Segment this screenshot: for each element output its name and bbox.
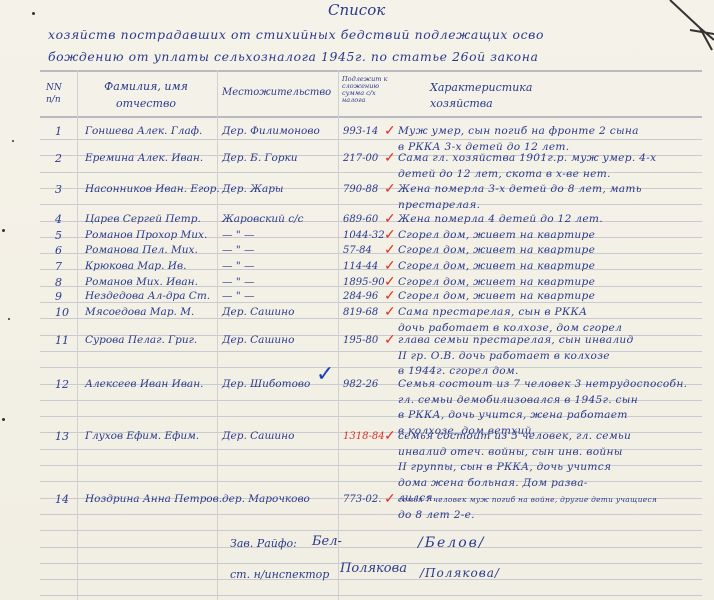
row-number: 7 xyxy=(55,260,62,273)
row-description-line: дома жена больная. Дом развa- xyxy=(398,477,588,490)
signature-head: Бел- xyxy=(312,535,342,548)
check-mark-icon: ✓ xyxy=(384,333,396,347)
check-mark-icon: ✓ xyxy=(384,289,396,303)
row-description-line: Сгорел дом, живет на квартире xyxy=(398,229,595,242)
signature-role-inspector: ст. н/инспектор xyxy=(230,568,329,581)
row-tax-sum: 982-26 xyxy=(343,378,378,391)
row-name: Еремина Алек. Иван. xyxy=(85,152,203,165)
row-number: 13 xyxy=(55,430,69,443)
row-number: 8 xyxy=(55,276,62,289)
column-divider xyxy=(217,70,218,600)
row-residence: — " — xyxy=(222,229,255,242)
ruled-line xyxy=(40,139,702,140)
ruled-line xyxy=(40,481,702,482)
row-name: Крюкова Мар. Ив. xyxy=(85,260,186,273)
row-residence: Дер. Б. Горки xyxy=(222,152,298,165)
row-description-line: семья состоит из 5 человек, гл. семьи xyxy=(398,430,631,443)
check-mark-icon: ✓ xyxy=(384,151,396,165)
document-title: Список xyxy=(328,4,385,17)
document-subtitle-line2: бождению от уплаты сельхозналога 1945г. … xyxy=(48,50,538,63)
check-mark-icon: ✓ xyxy=(384,305,396,319)
row-tax-sum: 1044-32 xyxy=(343,229,385,242)
row-residence: — " — xyxy=(222,244,255,257)
row-tax-sum: 284-96 xyxy=(343,290,378,303)
row-name: Ноздрина Анна Петров. xyxy=(85,493,222,506)
check-mark-icon: ✓ xyxy=(384,124,396,138)
row-tax-sum: 790-88 xyxy=(343,183,378,196)
row-description-line: Муж умер, сын погиб на фронте 2 сына xyxy=(398,125,639,138)
header-description: Характеристика хозяйства xyxy=(430,80,550,112)
column-divider xyxy=(338,70,339,600)
row-number: 3 xyxy=(55,183,62,196)
document-subtitle-line1: хозяйств пострадавших от стихийных бедст… xyxy=(48,28,544,41)
row-tax-sum: 689-60 xyxy=(343,213,378,226)
row-residence: Жаровский с/с xyxy=(222,213,304,226)
row-number: 10 xyxy=(55,306,69,319)
check-mark-icon: ✓ xyxy=(384,259,396,273)
ruled-line xyxy=(40,514,702,515)
row-residence: Дер. Сашино xyxy=(222,334,294,347)
row-description-line: Сама престарелая, сын в РККА xyxy=(398,306,587,319)
row-name: Алексеев Иван Иван. xyxy=(85,378,203,391)
check-mark-icon: ✓ xyxy=(384,228,396,242)
row-number: 2 xyxy=(55,152,62,165)
header-residence: Местожительство xyxy=(222,86,331,99)
margin-dot xyxy=(32,12,35,15)
row-name: Нездедова Ал-дра Ст. xyxy=(85,290,210,303)
header-num: NN п/п xyxy=(46,82,72,106)
row-name: Гоншева Алек. Глаф. xyxy=(85,125,202,138)
margin-dot xyxy=(2,229,5,232)
ruled-line xyxy=(40,530,702,531)
row-description-line: Сгорел дом, живет на квартире xyxy=(398,290,595,303)
row-number: 12 xyxy=(55,378,69,391)
signature-role-head: Зав. Райфо: xyxy=(230,537,297,550)
row-name: Романов Прохор Мих. xyxy=(85,229,207,242)
row-name: Насонников Иван. Егор. xyxy=(85,183,220,196)
ruled-line xyxy=(40,367,702,368)
header-name: Фамилия, имя отчество xyxy=(86,78,206,112)
signature-inspector: Полякова xyxy=(340,562,407,575)
row-residence: Дер. Сашино xyxy=(222,430,294,443)
row-number: 9 xyxy=(55,290,62,303)
row-description-line: в 1944г. сгорел дом. xyxy=(398,365,519,378)
ruled-line xyxy=(40,579,702,580)
row-residence: — " — xyxy=(222,260,255,273)
row-tax-sum: 57-84 xyxy=(343,244,372,257)
row-description-line: Жена померла 4 детей до 12 лет. xyxy=(398,213,603,226)
row-name: Романова Пел. Мих. xyxy=(85,244,198,257)
row-tax-sum: 114-44 xyxy=(343,260,378,273)
check-mark-icon: ✓ xyxy=(384,492,396,506)
row-description-line: инвалид отеч. войны, сын инв. войны xyxy=(398,446,623,459)
row-description-line: II гр. О.В. дочь работает в колхозе xyxy=(398,350,610,363)
ruled-line xyxy=(40,547,702,548)
row-number: 14 xyxy=(55,493,69,506)
margin-dot xyxy=(12,140,14,142)
row-tax-sum: 993-14 xyxy=(343,125,378,138)
row-tax-sum: 819-68 xyxy=(343,306,378,319)
row-residence: — " — xyxy=(222,276,255,289)
row-description-line: глава семьи престарелая, сын инвалид xyxy=(398,334,634,347)
row-description-line: Сгорел дом, живет на квартире xyxy=(398,244,595,257)
check-mark-icon: ✓ xyxy=(384,182,396,196)
row-tax-sum: 217-00 xyxy=(343,152,378,165)
ruled-line xyxy=(40,204,702,205)
header-tax-sum: Подлежит к сложению сумма с/х налога xyxy=(342,76,392,104)
ruled-line xyxy=(40,595,702,596)
column-divider xyxy=(77,70,78,600)
row-number: 4 xyxy=(55,213,62,226)
row-description-line: II группы, сын в РККА, дочь учится xyxy=(398,461,611,474)
row-description-line: гл. семьи демобилизовался в 1945г. сын xyxy=(398,394,638,407)
row-number: 11 xyxy=(55,334,69,347)
row-name: Царев Сергей Петр. xyxy=(85,213,201,226)
row-tax-sum: 1318-84 xyxy=(343,430,385,443)
row-description-line: Сгорел дом, живет на квартире xyxy=(398,276,595,289)
margin-dot xyxy=(8,318,10,320)
row-description-line: до 8 лет 2-е. xyxy=(398,509,475,522)
row-name: Мясоедова Мар. М. xyxy=(85,306,194,319)
row-description-line: Сгорел дом, живет на квартире xyxy=(398,260,595,273)
row-tax-sum: 773-02. xyxy=(343,493,381,506)
row-description-line: Сама гл. хозяйства 1901г.р. муж умер. 4-… xyxy=(398,152,656,165)
row-residence: Дер. Филимоново xyxy=(222,125,320,138)
row-name: Романов Мих. Иван. xyxy=(85,276,198,289)
signature-name-head: /Белов/ xyxy=(418,537,486,550)
row-description-line: семья 7 человек муж погиб на войне, друг… xyxy=(398,493,657,506)
row-description-line: престарелая. xyxy=(398,199,480,212)
check-mark-icon: ✓ xyxy=(384,275,396,289)
row-description-line: в РККА, дочь учится, жена работает xyxy=(398,409,628,422)
ruled-line xyxy=(40,116,702,118)
row-number: 1 xyxy=(55,125,62,138)
row-name: Глухов Ефим. Ефим. xyxy=(85,430,199,443)
row-residence: — " — xyxy=(222,290,255,303)
ruled-line xyxy=(40,70,702,72)
row-residence: Дер. Сашино xyxy=(222,306,294,319)
row-residence: дер. Марочково xyxy=(222,493,310,506)
corner-pen-stroke xyxy=(660,0,714,60)
row-description-line: Жена померла 3-х детей до 8 лет, мать xyxy=(398,183,642,196)
margin-dot xyxy=(2,418,5,421)
row-description-line: дочь работает в колхозе, дом сгорел xyxy=(398,322,622,335)
row-description-line: детей до 12 лет, скота в х-ве нет. xyxy=(398,168,611,181)
row-tax-sum: 195-80 xyxy=(343,334,378,347)
row-name: Сурова Пелаг. Григ. xyxy=(85,334,197,347)
row-number: 6 xyxy=(55,244,62,257)
row-residence: Дер. Шиботово xyxy=(222,378,310,391)
row-number: 5 xyxy=(55,229,62,242)
check-mark-icon: ✓ xyxy=(384,243,396,257)
row-residence: Дер. Жары xyxy=(222,183,283,196)
check-mark-icon: ✓ xyxy=(384,212,396,226)
check-mark-icon: ✓ xyxy=(384,429,396,443)
signature-name-inspector: /Полякова/ xyxy=(420,567,500,580)
row-tax-sum: 1895-90 xyxy=(343,276,385,289)
check-mark-icon: ✓ xyxy=(316,368,334,382)
row-description-line: Семья состоит из 7 человек 3 нетрудоспос… xyxy=(398,378,687,391)
